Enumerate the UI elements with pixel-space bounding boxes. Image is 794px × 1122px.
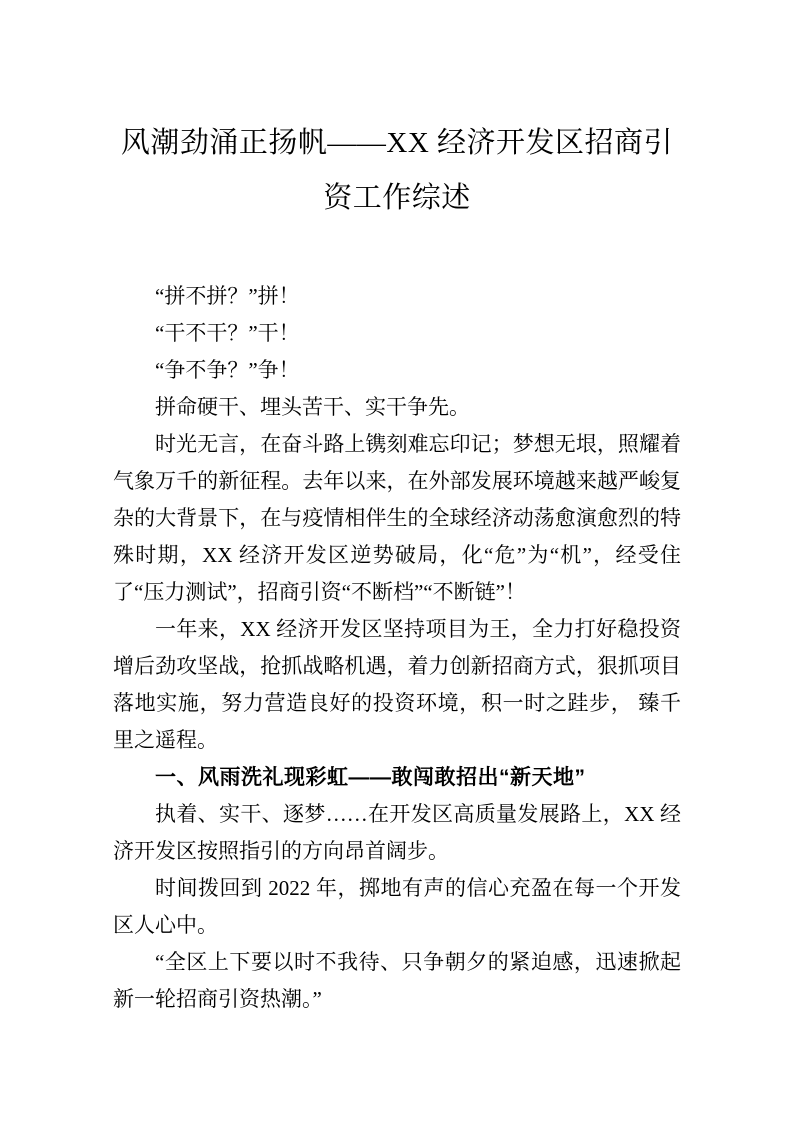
document-body: “拼不拼？”拼！“干不干？”干！“争不争？”争！拼命硬干、埋头苦干、实干争先。时… [113,278,681,1018]
document-title: 风潮劲涌正扬帆——XX 经济开发区招商引资工作综述 [113,116,681,226]
paragraph: 拼命硬干、埋头苦干、实干争先。 [113,389,681,426]
section-heading: 一、风雨洗礼现彩虹——敢闯敢招出“新天地” [113,759,681,796]
paragraph: 一年来，XX 经济开发区坚持项目为王，全力打好稳投资增后劲攻坚战，抢抓战略机遇，… [113,611,681,759]
paragraph: “干不干？”干！ [113,315,681,352]
document-page: 风潮劲涌正扬帆——XX 经济开发区招商引资工作综述 “拼不拼？”拼！“干不干？”… [0,0,794,1122]
paragraph: “全区上下要以时不我待、只争朝夕的紧迫感，迅速掀起新一轮招商引资热潮。” [113,944,681,1018]
paragraph: “争不争？”争！ [113,352,681,389]
paragraph: 时光无言，在奋斗路上镌刻难忘印记；梦想无垠，照耀着气象万千的新征程。去年以来，在… [113,426,681,611]
paragraph: 执着、实干、逐梦……在开发区高质量发展路上，XX 经济开发区按照指引的方向昂首阔… [113,796,681,870]
paragraph: 时间拨回到 2022 年，掷地有声的信心充盈在每一个开发区人心中。 [113,870,681,944]
paragraph: “拼不拼？”拼！ [113,278,681,315]
